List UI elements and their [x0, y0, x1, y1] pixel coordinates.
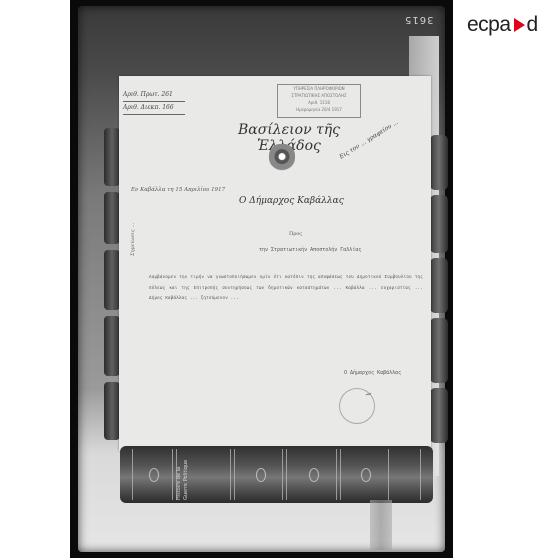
book-spine-right — [430, 388, 448, 443]
protocol-number: Αριθ. Πρωτ. 261 — [123, 89, 185, 102]
signature-label: Ο Δήμαρχος Καβάλλας — [344, 370, 401, 376]
dispatch-number: Αριθ. Διεκπ. 166 — [123, 102, 185, 115]
book-spine-left — [104, 316, 120, 376]
handwritten-signature: ~ — [364, 389, 374, 401]
reference-numbers: Αριθ. Πρωτ. 261 Αριθ. Διεκπ. 166 — [123, 89, 185, 115]
book-spine-left — [104, 382, 120, 440]
stamp-line: Αριθ. 1118 — [278, 99, 360, 106]
greek-letter-document: Αριθ. Πρωτ. 261 Αριθ. Διεκπ. 166 ΥΠΗΡΕΣΙ… — [119, 76, 431, 451]
margin-handwritten-note: Σημείωσις ... — [129, 223, 137, 256]
book-spine-left — [104, 192, 120, 244]
logo-text-right: d — [527, 13, 538, 37]
play-triangle-icon — [514, 18, 525, 32]
plate-number: 3615 — [404, 14, 433, 25]
sender-title: Ο Δήμαρχος Καβάλλας — [239, 196, 344, 206]
book-title-line: Politique — [183, 460, 189, 481]
ecpad-logo: ecpa d — [465, 8, 558, 42]
recipient: την Στρατιωτικήν Αποστολήν Γαλλίας — [259, 247, 361, 253]
stamp-line: Ημερομηνία 20/4 1917 — [278, 106, 360, 113]
book-title-line: Guerre — [183, 483, 189, 500]
stamp-line: ΣΤΡΑΤΙΩΤΙΚΗΣ ΑΠΟΣΤΟΛΗΣ — [278, 92, 360, 99]
book-spine-right — [430, 135, 448, 190]
book-stand — [370, 500, 392, 550]
logo-text-left: ecpa — [467, 13, 511, 37]
spine-ornament-icon — [256, 468, 266, 482]
registry-stamp: ΥΠΗΡΕΣΙΑ ΠΛΗΡΟΦΟΡΙΩΝ ΣΤΡΑΤΙΩΤΙΚΗΣ ΑΠΟΣΤΟ… — [277, 84, 361, 118]
book-title-line: Histoire — [176, 481, 182, 500]
book-spine-right — [430, 195, 448, 253]
spine-ornament-icon — [361, 468, 371, 482]
spine-ornament-icon — [149, 468, 159, 482]
book-spine-right — [430, 318, 448, 383]
spine-ornament-icon — [309, 468, 319, 482]
book-spine-left — [104, 250, 120, 310]
book-spine-right — [430, 258, 448, 313]
place-and-date: Εν Καβάλλα τη 15 Απριλίου 1917 — [131, 187, 225, 193]
book-title-line: de la — [176, 467, 182, 479]
royal-coat-of-arms-icon — [269, 144, 295, 172]
recipient-label: Προς — [289, 231, 302, 237]
book-bottom-spine: Histoire de la Guerre Politique — [120, 446, 433, 503]
book-title: Histoire de la Guerre Politique — [176, 450, 198, 500]
letter-body: Λαμβάνομεν την τιμήν να γνωστοποιήσωμεν … — [149, 272, 423, 304]
stamp-line: ΥΠΗΡΕΣΙΑ ΠΛΗΡΟΦΟΡΙΩΝ — [278, 85, 360, 92]
book-spine-left — [104, 128, 120, 186]
